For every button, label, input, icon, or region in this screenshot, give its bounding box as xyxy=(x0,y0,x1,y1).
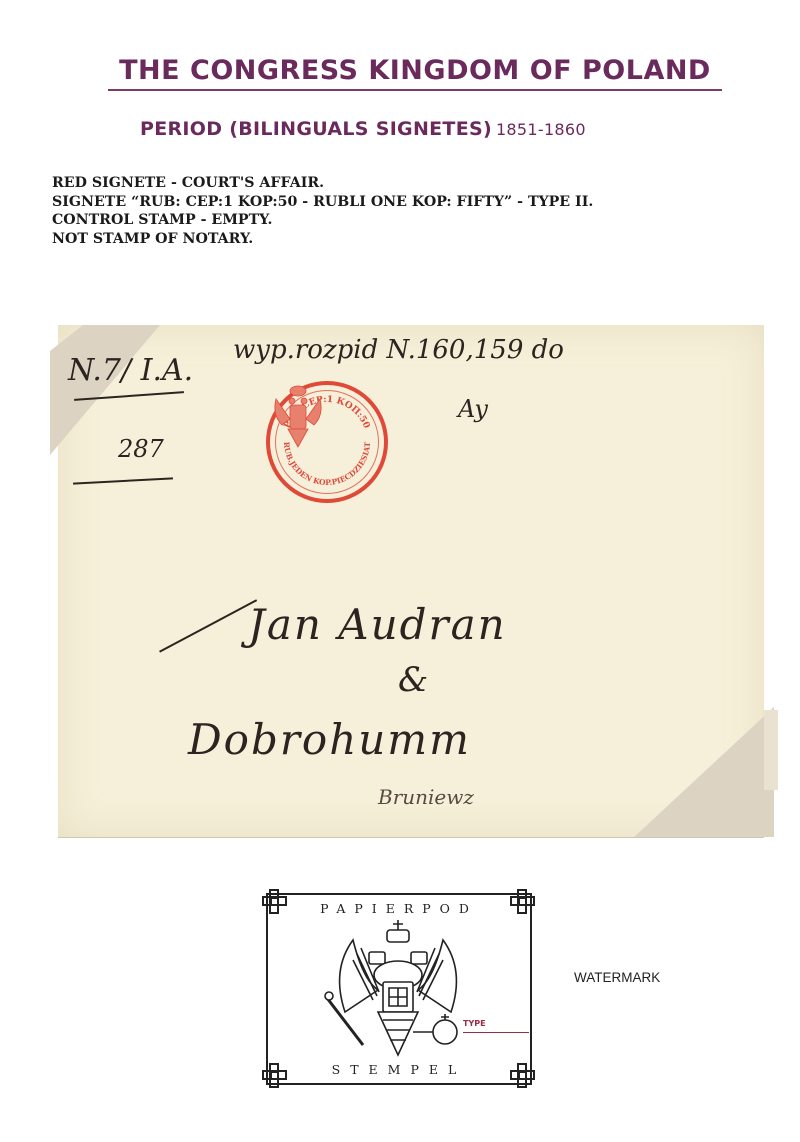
underline xyxy=(73,477,173,484)
page-subtitle: PERIOD (BILINGUALS SIGNETES)1851-1860 xyxy=(140,118,586,140)
handwritten-reference: N.7/ I.A. xyxy=(68,353,193,388)
address-ampersand: & xyxy=(398,660,428,700)
description-notes: RED SIGNETE - COURT'S AFFAIR. SIGNETE “R… xyxy=(52,174,593,248)
eagle-icon xyxy=(270,385,326,451)
envelope-edge xyxy=(764,710,778,790)
page-title-underline xyxy=(108,89,722,91)
mount-corner-bottom-right xyxy=(634,707,774,837)
page-title: THE CONGRESS KINGDOM OF POLAND xyxy=(108,55,722,86)
red-signet-seal: РУБ.СЕР:1 КОП:50 RUB.JEDEN KOP.PIECDZIES… xyxy=(266,381,388,503)
handwritten-initials: Ay xyxy=(458,395,488,423)
double-headed-eagle-icon xyxy=(323,920,473,1060)
address-recipient: Jan Audran xyxy=(248,600,507,649)
envelope-scan: N.7/ I.A. wyp.rozpid N.160,159 do Ay 287… xyxy=(58,325,764,838)
address-place: Dobrohumm xyxy=(188,715,471,764)
note-line: CONTROL STAMP - EMPTY. xyxy=(52,211,593,230)
handwritten-docket: wyp.rozpid N.160,159 do xyxy=(233,335,564,365)
subtitle-years: 1851-1860 xyxy=(496,120,586,139)
type-label: TYPE xyxy=(463,1019,486,1028)
handwritten-number: 287 xyxy=(118,435,164,463)
corner-ornament-icon xyxy=(510,1063,536,1089)
watermark-top-text: PAPIERPOD xyxy=(308,901,490,916)
watermark-caption: WATERMARK xyxy=(574,970,660,985)
watermark-bottom-text: STEMPEL xyxy=(308,1062,490,1077)
corner-ornament-icon xyxy=(262,889,288,915)
corner-ornament-icon xyxy=(262,1063,288,1089)
note-line: SIGNETE “RUB: CEP:1 KOP:50 - RUBLI ONE K… xyxy=(52,193,593,212)
corner-ornament-icon xyxy=(510,889,536,915)
type-field-line xyxy=(463,1032,529,1033)
subtitle-text: PERIOD (BILINGUALS SIGNETES) xyxy=(140,118,492,140)
pen-stroke xyxy=(159,599,257,652)
watermark-illustration: PAPIERPOD TYPE STEMPEL xyxy=(266,893,532,1085)
note-line: RED SIGNETE - COURT'S AFFAIR. xyxy=(52,174,593,193)
address-locality: Bruniewz xyxy=(378,785,474,809)
note-line: NOT STAMP OF NOTARY. xyxy=(52,230,593,249)
